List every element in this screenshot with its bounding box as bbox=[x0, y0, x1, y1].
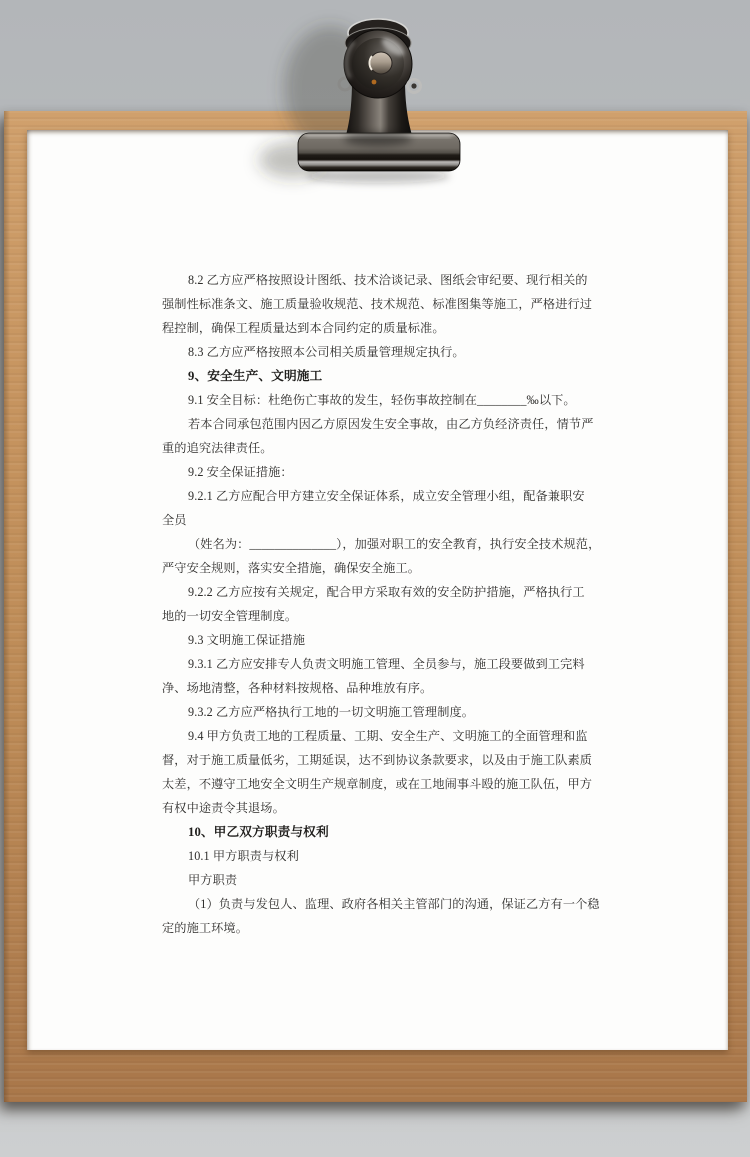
document-line: 9.3 文明施工保证措施 bbox=[162, 628, 607, 652]
document-line: 9.2 安全保证措施： bbox=[162, 460, 607, 484]
document-line: 若本合同承包范围内因乙方原因发生安全事故，由乙方负经济责任，情节严 bbox=[162, 412, 607, 436]
document-line: 9.1 安全目标：杜绝伤亡事故的发生，轻伤事故控制在________‰以下。 bbox=[162, 388, 607, 412]
document-line: 太差，不遵守工地安全文明生产规章制度，或在工地闹事斗殴的施工队伍，甲方 bbox=[162, 772, 607, 796]
document-line: 9.2.2 乙方应按有关规定，配合甲方采取有效的安全防护措施，严格执行工 bbox=[162, 580, 607, 604]
clip-amber-dot bbox=[372, 80, 377, 85]
document-line: 10.1 甲方职责与权利 bbox=[162, 844, 607, 868]
document-paper: 8.2 乙方应严格按照设计图纸、技术洽谈记录、图纸会审纪要、现行相关的强制性标准… bbox=[27, 130, 728, 1050]
clip-knob-hole bbox=[370, 52, 392, 74]
clip-bar-stem-shadow bbox=[344, 132, 412, 146]
document-line: 净、场地清整，各种材料按规格、品种堆放有序。 bbox=[162, 676, 607, 700]
document-line: （姓名为：______________），加强对职工的安全教育，执行安全技术规范… bbox=[162, 532, 607, 556]
document-line: 9.3.1 乙方应安排专人负责文明施工管理、全员参与，施工段要做到工完料 bbox=[162, 652, 607, 676]
document-text: 8.2 乙方应严格按照设计图纸、技术洽谈记录、图纸会审纪要、现行相关的强制性标准… bbox=[162, 268, 607, 940]
document-line: 8.3 乙方应严格按照本公司相关质量管理规定执行。 bbox=[162, 340, 607, 364]
document-line: 9.3.2 乙方应严格执行工地的一切文明施工管理制度。 bbox=[162, 700, 607, 724]
document-line: （1）负责与发包人、监理、政府各相关主管部门的沟通，保证乙方有一个稳 bbox=[162, 892, 607, 916]
document-line: 9.4 甲方负责工地的工程质量、工期、安全生产、文明施工的全面管理和监 bbox=[162, 724, 607, 748]
document-line: 程控制，确保工程质量达到本合同约定的质量标准。 bbox=[162, 316, 607, 340]
document-line: 地的一切安全管理制度。 bbox=[162, 604, 607, 628]
document-line: 强制性标准条文、施工质量验收规范、技术规范、标准图集等施工，严格进行过 bbox=[162, 292, 607, 316]
document-line: 8.2 乙方应严格按照设计图纸、技术洽谈记录、图纸会审纪要、现行相关的 bbox=[162, 268, 607, 292]
photo-background: 8.2 乙方应严格按照设计图纸、技术洽谈记录、图纸会审纪要、现行相关的强制性标准… bbox=[0, 0, 750, 1157]
document-line: 定的施工环境。 bbox=[162, 916, 607, 940]
document-line: 甲方职责 bbox=[162, 868, 607, 892]
document-line: 10、甲乙双方职责与权利 bbox=[162, 820, 607, 844]
document-line: 重的追究法律责任。 bbox=[162, 436, 607, 460]
document-line: 有权中途责令其退场。 bbox=[162, 796, 607, 820]
binder-clip bbox=[230, 0, 490, 200]
document-line: 全员 bbox=[162, 508, 607, 532]
document-line: 9、安全生产、文明施工 bbox=[162, 364, 607, 388]
document-line: 督，对于施工质量低劣，工期延误，达不到协议条款要求，以及由于施工队素质 bbox=[162, 748, 607, 772]
document-line: 9.2.1 乙方应配合甲方建立安全保证体系，成立安全管理小组，配备兼职安 bbox=[162, 484, 607, 508]
clip-spring-tab-right-hole bbox=[411, 83, 416, 88]
document-line: 严守安全规则，落实安全措施，确保安全施工。 bbox=[162, 556, 607, 580]
